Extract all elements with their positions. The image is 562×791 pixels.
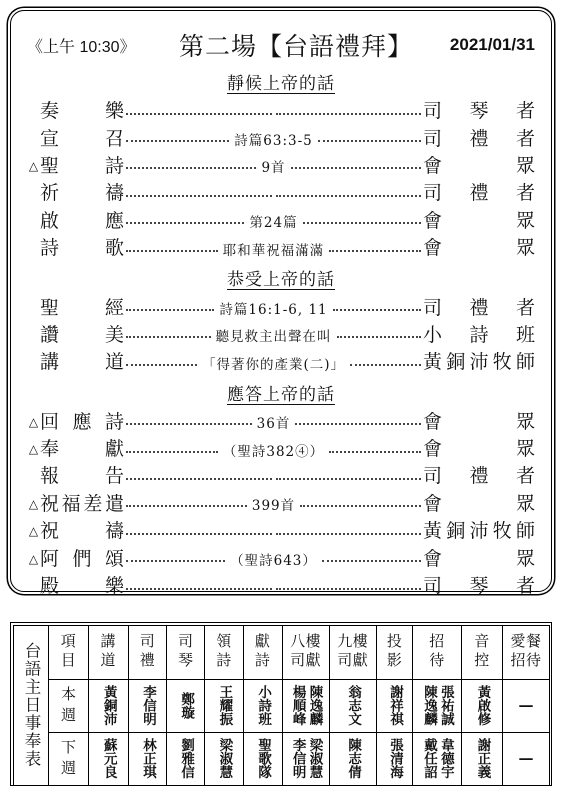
roster-col-header: 音 控 — [461, 625, 503, 679]
item-name: 祈禱 — [40, 184, 124, 203]
program-item-row: 詩歌 耶和華祝福滿滿 會眾 — [27, 235, 535, 262]
dotted-leader — [276, 478, 422, 480]
item-performer: 會眾 — [423, 239, 535, 258]
program-item-row: 聖經 詩篇16:1-6, 11 司禮者 — [27, 294, 535, 321]
item-name: 奏樂 — [40, 102, 124, 121]
dotted-leader — [276, 533, 422, 535]
item-performer: 黃銅沛牧師 — [423, 522, 535, 541]
item-detail: 399首 — [249, 494, 298, 514]
section-heading: 恭受上帝的話 — [27, 265, 535, 290]
dotted-leader — [329, 451, 421, 453]
roster-cell: 戴任詔 韋德宇 — [413, 732, 461, 785]
roster-cell: 陳志倩 — [329, 732, 376, 785]
dotted-leader — [126, 250, 218, 252]
roster-row-next-week: 下 週 蘇元良 林正琪 劉雅信 梁淑慧 聖歌隊 李信明 梁淑慧 陳志倩 張清海 … — [13, 732, 549, 785]
item-performer: 司禮者 — [423, 184, 535, 203]
dotted-leader — [337, 336, 422, 338]
program-item-row: △ 祝福差遣 399首 會眾 — [27, 491, 535, 518]
item-detail: 聽見救主出聲在叫 — [213, 325, 335, 345]
item-name: 殿樂 — [40, 577, 124, 596]
item-performer: 會眾 — [423, 413, 535, 432]
program-item-row: 報告 司禮者 — [27, 463, 535, 490]
roster-cell: 蘇元良 — [88, 732, 128, 785]
dotted-leader — [276, 113, 422, 115]
roster-row-label: 下 週 — [49, 732, 89, 785]
item-detail: 第24篇 — [246, 211, 300, 231]
item-name: 聖詩 — [40, 157, 124, 176]
roster-col-header: 講 道 — [88, 625, 128, 679]
roster-cell: 林正琪 — [128, 732, 167, 785]
dotted-leader — [291, 167, 421, 169]
item-name: 讚美 — [40, 326, 124, 345]
item-name: 聖經 — [40, 299, 124, 318]
dotted-leader — [329, 250, 421, 252]
program-item-row: △ 聖詩 9首 會眾 — [27, 153, 535, 180]
dotted-leader — [295, 423, 421, 425]
item-detail: 36首 — [254, 412, 294, 432]
bulletin-page: 《上午 10:30》 第二場【台語禮拜】 2021/01/31 靜候上帝的話 奏… — [0, 0, 562, 791]
program-item-row: 讚美 聽見救主出聲在叫 小詩班 — [27, 322, 535, 349]
item-name: 詩歌 — [40, 239, 124, 258]
program-item-row: 宣召 詩篇63:3-5 司禮者 — [27, 125, 535, 152]
item-performer: 司禮者 — [423, 130, 535, 149]
item-detail: 9首 — [258, 156, 288, 176]
duty-roster-table: 台語主日事奉表 項 目 講 道 司 禮 司 琴 領 詩 獻 詩 八樓 司獻 九樓… — [13, 625, 550, 786]
dotted-leader — [126, 533, 272, 535]
roster-cell: 聖歌隊 — [243, 732, 282, 785]
roster-col-header: 司 琴 — [167, 625, 205, 679]
dotted-leader — [126, 505, 247, 507]
roster-col-header: 司 禮 — [128, 625, 167, 679]
stand-symbol: △ — [27, 524, 40, 539]
item-detail: （聖詩643） — [227, 549, 320, 569]
program-item-row: 講道 「得著你的產業(二)」 黃銅沛牧師 — [27, 349, 535, 376]
roster-cell: 黃銅沛 — [88, 679, 128, 732]
item-performer: 司禮者 — [423, 299, 535, 318]
item-detail: 詩篇16:1-6, 11 — [216, 298, 330, 318]
dotted-leader — [126, 222, 244, 224]
roster-col-header: 九樓 司獻 — [329, 625, 376, 679]
dotted-leader — [126, 309, 214, 311]
dotted-leader — [126, 451, 218, 453]
dotted-leader — [322, 560, 421, 562]
roster-side-label-cell: 台語主日事奉表 — [13, 625, 49, 785]
roster-cell: 謝正義 — [461, 732, 503, 785]
item-performer: 司禮者 — [423, 467, 535, 486]
dotted-leader — [126, 560, 225, 562]
stand-symbol: △ — [27, 415, 40, 430]
item-name: 宣召 — [40, 130, 124, 149]
roster-cell: — — [503, 679, 549, 732]
roster-cell: — — [503, 732, 549, 785]
item-performer: 會眾 — [423, 440, 535, 459]
roster-cell: 楊順峰 陳逸麟 — [282, 679, 329, 732]
service-time: 《上午 10:30》 — [27, 34, 157, 57]
dotted-leader — [126, 588, 272, 590]
roster-cell: 謝祥祺 — [376, 679, 413, 732]
roster-cell: 王耀振 — [205, 679, 244, 732]
stand-symbol: △ — [27, 552, 40, 567]
item-name: 祝禱 — [40, 522, 124, 541]
item-detail: 「得著你的產業(二)」 — [199, 353, 348, 373]
dotted-leader — [350, 364, 421, 366]
item-performer: 黃銅沛牧師 — [423, 353, 535, 372]
program-item-row: △ 回應詩 36首 會眾 — [27, 409, 535, 436]
roster-cell: 張清海 — [376, 732, 413, 785]
item-performer: 會眾 — [423, 212, 535, 231]
service-date: 2021/01/31 — [435, 35, 535, 55]
roster-cell: 陳逸麟 張祐誠 — [413, 679, 461, 732]
dotted-leader — [126, 478, 272, 480]
item-detail: 耶和華祝福滿滿 — [220, 239, 328, 259]
dotted-leader — [126, 364, 197, 366]
roster-row-label: 本 週 — [49, 679, 89, 732]
dotted-leader — [318, 140, 421, 142]
program-item-row: △ 奉獻 （聖詩382④） 會眾 — [27, 436, 535, 463]
roster-col-header: 八樓 司獻 — [282, 625, 329, 679]
dotted-leader — [126, 140, 229, 142]
item-performer: 小詩班 — [423, 326, 535, 345]
roster-cell: 梁淑慧 — [205, 732, 244, 785]
item-name: 祝福差遣 — [40, 495, 124, 514]
dotted-leader — [126, 167, 256, 169]
item-performer: 司琴者 — [423, 577, 535, 596]
roster-cell: 李信明 梁淑慧 — [282, 732, 329, 785]
dotted-leader — [303, 222, 421, 224]
item-name: 報告 — [40, 467, 124, 486]
program-item-row: △ 祝禱 黃銅沛牧師 — [27, 518, 535, 545]
program-item-row: △ 阿們頌 （聖詩643） 會眾 — [27, 545, 535, 572]
dotted-leader — [333, 309, 421, 311]
roster-cell: 黃啟修 — [461, 679, 503, 732]
stand-symbol: △ — [27, 159, 40, 174]
item-performer: 會眾 — [423, 157, 535, 176]
program-item-row: 殿樂 司琴者 — [27, 573, 535, 600]
roster-title-vertical: 台語主日事奉表 — [23, 642, 40, 768]
roster-row-this-week: 本 週 黃銅沛 李信明 鄭璇 王耀振 小詩班 楊順峰 陳逸麟 翁志文 謝祥祺 陳… — [13, 679, 549, 732]
dotted-leader — [126, 195, 272, 197]
dotted-leader — [126, 113, 272, 115]
roster-col-header: 投 影 — [376, 625, 413, 679]
roster-cell: 翁志文 — [329, 679, 376, 732]
item-name: 講道 — [40, 353, 124, 372]
roster-col-header: 領 詩 — [205, 625, 244, 679]
roster-cell: 小詩班 — [243, 679, 282, 732]
duty-roster: 台語主日事奉表 項 目 講 道 司 禮 司 琴 領 詩 獻 詩 八樓 司獻 九樓… — [10, 622, 552, 786]
item-detail: （聖詩382④） — [220, 440, 327, 460]
item-performer: 會眾 — [423, 495, 535, 514]
section-heading: 靜候上帝的話 — [27, 69, 535, 94]
roster-col-header: 項 目 — [49, 625, 89, 679]
section-heading: 應答上帝的話 — [27, 380, 535, 405]
program-item-row: 啟應 第24篇 會眾 — [27, 208, 535, 235]
item-name: 回應詩 — [40, 413, 124, 432]
stand-symbol: △ — [27, 442, 40, 457]
roster-cell: 鄭璇 — [167, 679, 205, 732]
item-name: 啟應 — [40, 212, 124, 231]
stand-symbol: △ — [27, 497, 40, 512]
dotted-leader — [276, 195, 422, 197]
item-performer: 司琴者 — [423, 102, 535, 121]
worship-program-box: 《上午 10:30》 第二場【台語禮拜】 2021/01/31 靜候上帝的話 奏… — [10, 10, 552, 592]
roster-col-header: 愛餐 招待 — [503, 625, 549, 679]
program-item-row: 奏樂 司琴者 — [27, 98, 535, 125]
dotted-leader — [300, 505, 421, 507]
program-item-row: 祈禱 司禮者 — [27, 180, 535, 207]
item-performer: 會眾 — [423, 550, 535, 569]
program-header: 《上午 10:30》 第二場【台語禮拜】 2021/01/31 — [27, 27, 535, 63]
roster-cell: 李信明 — [128, 679, 167, 732]
dotted-leader — [126, 336, 211, 338]
item-detail: 詩篇63:3-5 — [231, 129, 315, 149]
roster-col-header: 獻 詩 — [243, 625, 282, 679]
dotted-leader — [126, 423, 252, 425]
dotted-leader — [276, 588, 422, 590]
roster-col-header: 招 待 — [413, 625, 461, 679]
page-title: 第二場【台語禮拜】 — [157, 27, 435, 63]
roster-cell: 劉雅信 — [167, 732, 205, 785]
item-name: 阿們頌 — [40, 550, 124, 569]
item-name: 奉獻 — [40, 440, 124, 459]
